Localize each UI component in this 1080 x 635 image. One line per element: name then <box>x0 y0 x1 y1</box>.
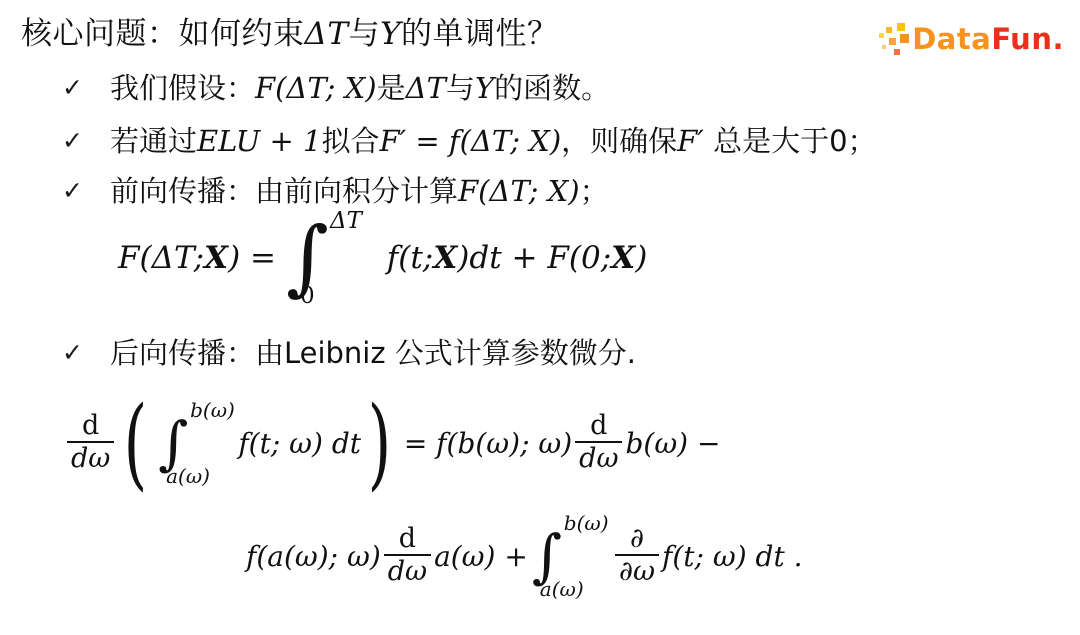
fraction-denominator: dω <box>384 554 431 588</box>
integral-lower-limit: a(ω) <box>166 464 210 488</box>
integral-group: ∫ ΔT 0 <box>286 217 381 299</box>
formula-forward-integral: F(ΔT; X) = ∫ ΔT 0 f(t; X)dt + F(0; X) <box>118 206 647 310</box>
formula-leibniz-line-1: d dω ( ∫ b(ω) a(ω) f(t; ω) dt ) = f(b(ω)… <box>64 383 720 503</box>
formula-text: a(ω) + <box>434 540 528 573</box>
bullet-backward: ✓后向传播：由Leibniz 公式计算参数微分. <box>62 331 636 372</box>
fraction-d-domega: d dω <box>384 523 431 588</box>
integral-lower-limit: a(ω) <box>540 577 584 601</box>
title-math-delta-t: ΔT <box>305 16 349 52</box>
fraction-denominator: ∂ω <box>615 554 659 588</box>
formula-text: b(ω) − <box>625 427 720 460</box>
page-title: 核心问题：如何约束ΔT与Y的单调性？ <box>21 8 559 53</box>
integral-group: ∫ b(ω) a(ω) <box>158 414 234 472</box>
bullet-text: ，则确保 <box>561 124 677 158</box>
datafun-logo: DataFun. <box>879 22 1064 56</box>
right-paren: ) <box>368 393 392 492</box>
bullet-math: F(ΔT; X) <box>255 71 377 105</box>
title-text: 的单调性？ <box>401 16 559 52</box>
formula-text: ) = <box>228 240 276 276</box>
fraction-partial-domega: ∂ ∂ω <box>615 523 659 588</box>
formula-text: f(t; <box>387 240 433 276</box>
bullet-text: 若通过 <box>110 124 197 158</box>
checkmark-icon: ✓ <box>62 176 83 205</box>
integral-lower-limit: 0 <box>300 283 315 309</box>
formula-text: f(a(ω); ω) <box>246 540 381 573</box>
bullet-math: ΔT <box>406 71 446 105</box>
left-paren: ( <box>124 393 148 492</box>
integral-group: ∫ b(ω) a(ω) <box>532 527 608 585</box>
formula-text: = f(b(ω); ω) <box>404 427 572 460</box>
bullet-text: 拟合 <box>321 124 379 158</box>
formula-bold-x: X <box>433 240 457 276</box>
slide: 核心问题：如何约束ΔT与Y的单调性？ DataFun. ✓我们假设：F(ΔT; … <box>0 0 1080 635</box>
formula-text: F(ΔT; <box>118 240 204 276</box>
formula-text: f(t; ω) dt . <box>662 540 803 573</box>
fraction-denominator: dω <box>67 441 114 475</box>
checkmark-icon: ✓ <box>62 126 83 155</box>
formula-text: ) <box>635 240 647 276</box>
logo-text-data: Data <box>912 22 991 56</box>
integral-upper-limit: b(ω) <box>564 511 609 535</box>
bullet-text: 前向传播：由前向积分计算 <box>110 174 458 208</box>
fraction-d-domega: d dω <box>67 410 114 475</box>
checkmark-icon: ✓ <box>62 73 83 102</box>
bullet-math: ELU + 1 <box>197 124 321 158</box>
bullet-forward: ✓前向传播：由前向积分计算F(ΔT; X)； <box>62 169 609 210</box>
fraction-numerator: d <box>78 410 103 441</box>
bullet-text: 与 <box>446 71 475 105</box>
fraction-denominator: dω <box>575 441 622 475</box>
bullet-elu: ✓若通过ELU + 1拟合F′ = f(ΔT; X)，则确保F′ 总是大于0； <box>62 119 877 160</box>
bullet-text: 后向传播：由Leibniz 公式计算参数微分. <box>110 336 636 370</box>
bullet-text: ； <box>580 174 609 208</box>
bullet-assumption: ✓我们假设：F(ΔT; X)是ΔT与Y的函数。 <box>62 66 610 107</box>
integral-upper-limit: ΔT <box>330 208 362 234</box>
formula-text: f(t; ω) dt <box>238 427 361 460</box>
logo-text-fun: Fun. <box>991 22 1064 56</box>
bullet-math: F(ΔT; X) <box>458 174 580 208</box>
bullet-text: 的函数。 <box>494 71 610 105</box>
bullet-text: 我们假设： <box>110 71 255 105</box>
fraction-numerator: d <box>395 523 420 554</box>
bullet-text: 总是大于0； <box>704 124 877 158</box>
fraction-d-domega: d dω <box>575 410 622 475</box>
title-text: 与 <box>349 16 381 52</box>
formula-bold-x: X <box>204 240 228 276</box>
checkmark-icon: ✓ <box>62 338 83 367</box>
fraction-numerator: d <box>586 410 611 441</box>
bullet-text: 是 <box>377 71 406 105</box>
title-math-y: Y <box>380 16 401 52</box>
formula-bold-x: X <box>611 240 635 276</box>
title-text: 核心问题：如何约束 <box>21 16 305 52</box>
formula-leibniz-line-2: f(a(ω); ω) d dω a(ω) + ∫ b(ω) a(ω) ∂ ∂ω … <box>246 500 803 612</box>
bullet-math: F′ = f(ΔT; X) <box>379 124 561 158</box>
bullet-math: F′ <box>677 124 704 158</box>
fraction-numerator: ∂ <box>626 523 648 554</box>
bullet-math: Y <box>475 71 494 105</box>
formula-text: )dt + F(0; <box>457 240 611 276</box>
datafun-pixels-icon <box>879 22 911 56</box>
datafun-logo-text: DataFun. <box>912 22 1064 56</box>
integral-upper-limit: b(ω) <box>190 398 235 422</box>
